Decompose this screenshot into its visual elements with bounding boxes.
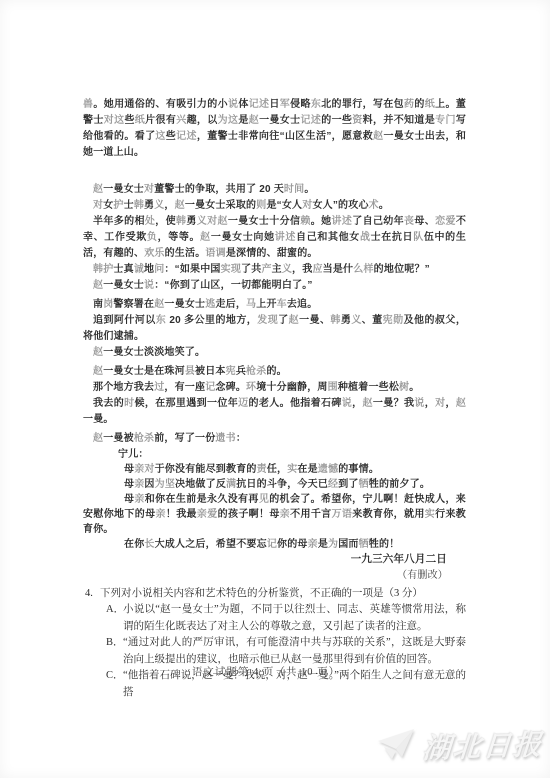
- passage-paragraph: 赵一曼女士对董警士的争取，共用了 20 天时间。: [83, 182, 466, 198]
- light-print-char: 韩: [93, 264, 103, 275]
- passage-paragraph: 南岗警察署在赵一曼女士逃走后，马上开车去追。: [83, 297, 466, 313]
- light-print-char: 对: [104, 115, 114, 126]
- light-print-char: 时: [124, 398, 134, 409]
- light-print-char: 恋: [435, 216, 445, 227]
- light-print-char: 赵: [373, 131, 383, 142]
- light-print-char: 亲: [155, 509, 165, 520]
- light-print-char: 药: [404, 99, 414, 110]
- light-print-char: 实: [221, 264, 231, 275]
- passage-paragraph: （有删改）: [83, 568, 466, 583]
- light-print-char: 爱: [207, 509, 217, 520]
- light-print-char: 述: [259, 99, 269, 110]
- light-print-char: 讲: [331, 216, 341, 227]
- light-print-char: 么: [353, 264, 363, 275]
- light-print-char: 爱: [446, 216, 456, 227]
- light-print-char: 述: [187, 131, 197, 142]
- reading-passage-block: 兽。她用通俗的、有吸引力的小说体记述日军侵略东北的罪行，写在包药的纸上。董警士对…: [83, 97, 466, 701]
- light-print-char: 纸: [425, 99, 435, 110]
- light-print-char: 这: [155, 131, 165, 142]
- question-block: 4. 下列对小说相关内容和艺术特色的分析鉴赏，不正确的一项是（3 分） A．小说…: [83, 586, 466, 702]
- light-print-char: 满: [226, 479, 236, 490]
- option-row: A．小说以“赵一曼女士”为题，不同于以往烈士、同志、英雄等惯常用法，称谓的陌生化…: [106, 602, 466, 635]
- light-print-char: 间: [294, 184, 304, 195]
- light-print-char: 过: [154, 382, 164, 393]
- passage-paragraph: 一九三六年八月二日: [83, 552, 466, 568]
- light-print-char: 队: [413, 232, 424, 243]
- light-print-char: 述: [311, 115, 321, 126]
- light-print-char: 赵: [249, 115, 259, 126]
- light-print-char: 赵: [93, 366, 103, 377]
- light-print-char: 韩: [330, 315, 340, 326]
- passage-paragraph: 我去的时候，在那里遇到一位年迈的老人。他指着石碑说，赵一曼？我说，对，赵一曼。: [83, 396, 466, 428]
- scanned-exam-page: 兽。她用通俗的、有吸引力的小说体记述日军侵略东北的罪行，写在包药的纸上。董警士对…: [0, 0, 550, 778]
- light-print-char: 对: [302, 200, 312, 211]
- light-print-char: 韩: [176, 216, 186, 227]
- passage-paragraph: 追到阿什河以东 20 多公里的地方，发现了赵一曼、韩勇义、董宪勋及他的叔父，将他…: [83, 313, 466, 345]
- passage-paragraph: 赵一曼女士淡淡地笑了。: [83, 345, 466, 361]
- light-print-char: 应: [312, 264, 322, 275]
- light-print-char: 现: [231, 264, 241, 275]
- light-print-char: 为: [218, 115, 228, 126]
- light-print-char: 义: [351, 315, 361, 326]
- light-print-char: 马: [246, 299, 256, 310]
- light-print-char: 说: [342, 398, 352, 409]
- light-print-char: 亲: [197, 509, 207, 520]
- light-print-char: 迈: [238, 398, 248, 409]
- passage-paragraph: 宁儿：: [83, 447, 466, 462]
- light-print-char: 说: [414, 398, 424, 409]
- light-print-char: 赵: [363, 398, 373, 409]
- light-print-char: 亲: [308, 539, 318, 550]
- passage-paragraph: 母亲对于你没有能尽到教育的责任，实在是遗憾的事情。: [83, 462, 466, 477]
- light-print-char: 枪: [134, 433, 144, 444]
- light-print-char: 枪: [246, 366, 256, 377]
- light-print-char: 义: [154, 200, 164, 211]
- watermark: 湖北日报: [376, 720, 550, 770]
- passage-paragraph: 在你长大成人之后，希望不要忘记你的母亲是为国而牺牲的！: [83, 537, 466, 552]
- light-print-char: 语: [205, 248, 215, 259]
- passage-paragraph: 对女护士韩勇义，赵一曼女士采取的则是“女人对女人”的攻心术。: [83, 198, 466, 214]
- light-print-char: 对: [435, 398, 445, 409]
- light-print-char: 勋: [393, 315, 403, 326]
- light-print-char: 则: [256, 200, 266, 211]
- question-options: A．小说以“赵一曼女士”为题，不同于以往烈士、同志、英雄等惯常用法，称谓的陌生化…: [83, 602, 466, 701]
- light-print-char: 这: [114, 115, 124, 126]
- light-print-char: 亲: [280, 509, 290, 520]
- light-print-char: 为: [155, 479, 165, 490]
- question-number: 4.: [83, 586, 100, 603]
- light-print-char: 门: [445, 115, 455, 126]
- light-print-char: 赵: [456, 398, 466, 409]
- light-print-char: 述: [285, 232, 296, 243]
- page-footer: 语文试题第 4 页（共 10 页）: [83, 664, 449, 679]
- light-print-char: 赵: [217, 216, 227, 227]
- passage-paragraph: 那个地方我去过，有一座记念碑。环境十分幽静，周围种植着一些松树。: [83, 380, 466, 396]
- light-print-char: 兴: [176, 115, 186, 126]
- light-print-char: 发: [257, 315, 267, 326]
- light-print-char: 记: [249, 99, 259, 110]
- option-label: A．: [106, 602, 123, 635]
- light-print-char: 说: [228, 99, 238, 110]
- light-print-char: 责: [257, 464, 267, 475]
- passage-paragraph: 赵一曼被枪杀前，写了一份遗书：: [83, 431, 466, 447]
- light-print-char: 韩: [134, 200, 144, 211]
- light-print-char: 赵: [154, 299, 164, 310]
- light-print-char: 纸: [135, 115, 145, 126]
- light-print-char: 对: [144, 184, 154, 195]
- light-print-char: 调: [216, 248, 226, 259]
- light-print-char: 东: [156, 315, 166, 326]
- light-print-char: 环: [246, 382, 256, 393]
- light-print-char: 赵: [93, 280, 103, 291]
- light-print-char: 县: [185, 366, 195, 377]
- light-print-char: 战: [360, 232, 371, 243]
- light-print-char: 赵: [93, 184, 103, 195]
- light-print-char: 赵: [289, 315, 299, 326]
- light-print-char: 长: [144, 539, 154, 550]
- light-print-char: 处: [145, 216, 155, 227]
- light-print-char: 兽: [83, 99, 93, 110]
- watermark-text: 湖北日报: [421, 723, 544, 767]
- light-print-char: 车: [277, 299, 287, 310]
- light-print-char: 对: [144, 464, 154, 475]
- light-print-char: 问: [154, 264, 164, 275]
- light-print-char: 记: [205, 382, 215, 393]
- passage-paragraph: 赵一曼女士是在珠河县被日本宪兵枪杀的。: [83, 364, 466, 380]
- light-print-char: 赖: [300, 216, 310, 227]
- light-print-char: 亲: [134, 494, 144, 505]
- light-print-char: 书: [226, 433, 236, 444]
- light-print-char: 护: [113, 200, 123, 211]
- light-print-char: 专: [435, 115, 445, 126]
- light-print-char: 产: [261, 264, 271, 275]
- light-print-char: 实: [287, 464, 297, 475]
- light-print-char: 述: [342, 216, 352, 227]
- light-print-char: 牺: [359, 539, 369, 550]
- light-print-char: 诚: [134, 264, 144, 275]
- passage-paragraph: 韩护士真诚地问：“如果中国实现了共产主义，我应当是什么样的地位呢？”: [83, 262, 466, 278]
- light-print-char: 语: [342, 509, 352, 520]
- light-print-char: 样: [363, 264, 373, 275]
- passage-paragraph: 赵一曼女士说：“你到了山区，一切都能明白了。”: [83, 278, 466, 294]
- light-print-char: 为: [328, 539, 338, 550]
- passage-paragraph: 母亲因为坚决地做了反满抗日的斗争，今天已经到了牺牲的前夕了。: [83, 477, 466, 492]
- light-print-char: 岗: [103, 299, 113, 310]
- light-print-char: 赵: [200, 232, 211, 243]
- light-print-char: 这: [228, 115, 238, 126]
- light-print-char: 记: [267, 539, 277, 550]
- light-print-char: 现: [268, 315, 278, 326]
- light-print-char: 东: [311, 99, 321, 110]
- light-print-char: 军: [280, 99, 290, 110]
- light-print-char: 实: [425, 509, 435, 520]
- light-print-char: 记: [301, 115, 311, 126]
- light-print-char: 逃: [205, 299, 215, 310]
- passage-paragraph: 兽。她用通俗的、有吸引力的小说体记述日军侵略东北的罪行，写在包药的纸上。董警士对…: [83, 97, 466, 161]
- light-print-char: 牺: [359, 479, 369, 490]
- passage-paragraph: 半年多的相处，使韩勇义对赵一曼女士十分信赖。她讲述了自己幼年丧母、恋爱不幸、工作…: [83, 214, 466, 262]
- light-print-char: 围: [328, 382, 338, 393]
- question-stem: 下列对小说相关内容和艺术特色的分析鉴赏，不正确的一项是（3 分）: [100, 586, 466, 603]
- light-print-char: 宪: [226, 366, 236, 377]
- light-print-char: 丧: [404, 216, 414, 227]
- light-print-char: 憾: [328, 464, 338, 475]
- light-print-char: 对: [207, 216, 217, 227]
- light-print-char: 讲: [275, 232, 286, 243]
- light-print-char: 赵: [93, 347, 103, 358]
- light-print-char: 树: [399, 382, 409, 393]
- light-print-char: 资: [352, 115, 362, 126]
- light-print-char: 宪: [383, 315, 393, 326]
- light-print-char: 坚: [165, 479, 175, 490]
- light-print-char: 说: [144, 280, 154, 291]
- light-print-char: 义: [197, 216, 207, 227]
- passage-paragraphs: 兽。她用通俗的、有吸引力的小说体记述日军侵略东北的罪行，写在包药的纸上。董警士对…: [83, 97, 466, 583]
- light-print-char: 欢: [144, 248, 154, 259]
- question-stem-row: 4. 下列对小说相关内容和艺术特色的分析鉴赏，不正确的一项是（3 分）: [83, 586, 466, 603]
- light-print-char: 亲: [134, 464, 144, 475]
- light-print-char: 杀: [256, 366, 266, 377]
- light-print-char: 时: [284, 184, 294, 195]
- light-print-char: 负: [147, 232, 158, 243]
- option-text: 小说以“赵一曼女士”为题，不同于以往烈士、同志、英雄等惯常用法，称谓的陌生化既表…: [123, 602, 466, 635]
- passage-paragraph: 母亲和你在生前是永久没有再见的机会了。希望你，宁儿啊！赶快成人，来安慰你地下的母…: [83, 492, 466, 537]
- light-print-char: 经: [328, 479, 338, 490]
- light-print-char: 乐: [154, 248, 164, 259]
- light-print-char: 杀: [144, 433, 154, 444]
- light-print-char: 术: [369, 200, 379, 211]
- light-print-char: 万: [332, 509, 342, 520]
- light-print-char: 遗: [215, 433, 225, 444]
- light-print-char: 赵: [93, 433, 103, 444]
- light-print-char: 护: [103, 264, 113, 275]
- light-print-char: 赵: [175, 200, 185, 211]
- light-print-char: 亲: [134, 479, 144, 490]
- paper-plane-icon: [376, 727, 418, 763]
- light-print-char: 对: [93, 200, 103, 211]
- light-print-char: 义: [282, 264, 292, 275]
- light-print-char: 记: [176, 131, 186, 142]
- light-print-char: 见: [259, 494, 269, 505]
- light-print-char: 遗: [318, 464, 328, 475]
